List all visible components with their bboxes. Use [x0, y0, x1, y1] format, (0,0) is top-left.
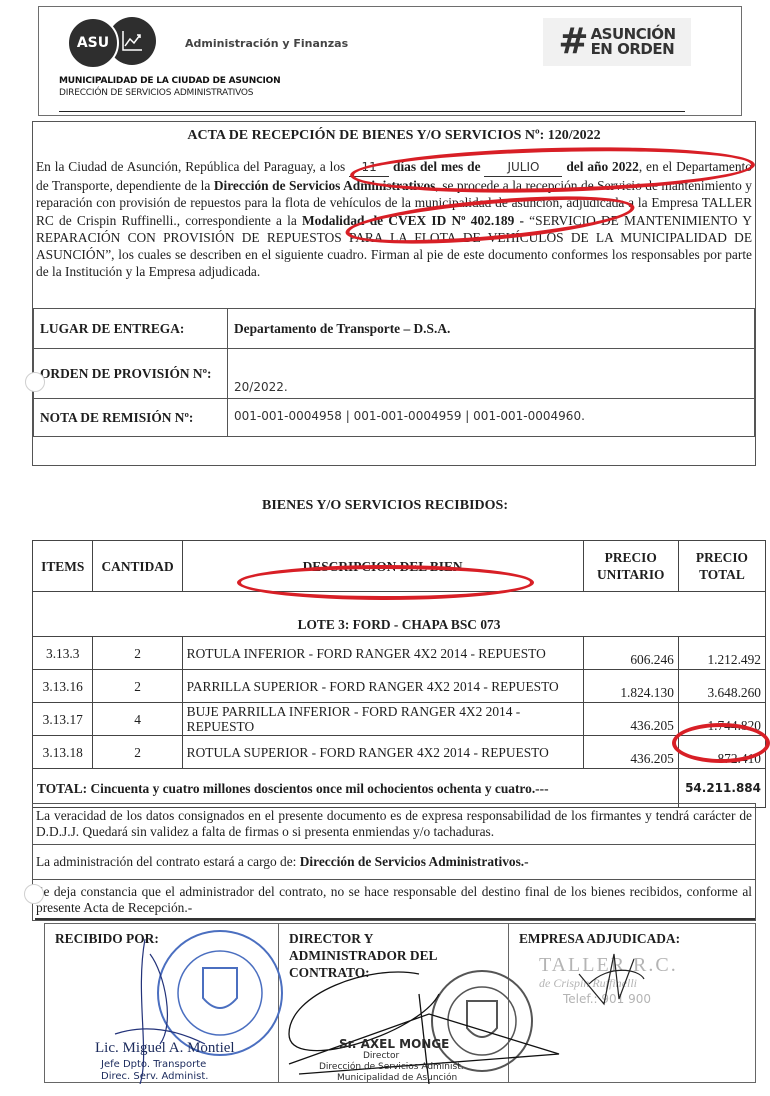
- month-field: JULIO: [484, 159, 562, 177]
- delivery-info-table: LUGAR DE ENTREGA: Departamento de Transp…: [33, 308, 755, 437]
- day-field: 11: [349, 159, 389, 177]
- item-unit-price: 436.205: [583, 703, 678, 736]
- intro-text: En la Ciudad de Asunción, República del …: [36, 159, 345, 174]
- item-description: ROTULA INFERIOR - FORD RANGER 4X2 2014 -…: [182, 637, 583, 670]
- recibido-role-2: Direc. Serv. Administ.: [101, 1071, 208, 1082]
- header-items: ITEMS: [33, 541, 93, 592]
- empresa-signature-icon: [549, 944, 669, 1014]
- header-precio-total: PRECIO TOTAL: [678, 541, 765, 592]
- recibido-name: Lic. Miguel A. Montiel: [95, 1040, 235, 1057]
- table-row: 3.13.182ROTULA SUPERIOR - FORD RANGER 4X…: [33, 736, 766, 769]
- hashtag-icon: #: [558, 24, 588, 60]
- items-table: ITEMS CANTIDAD DESCRIPCION DEL BIEN PREC…: [32, 540, 766, 808]
- direccion-text: Dirección de Servicios Administrativos: [214, 178, 436, 193]
- director-name: Sr. AXEL MONGE: [339, 1037, 449, 1051]
- modalidad-text: Modalidad de CVEX ID Nº 402.189 -: [302, 213, 524, 228]
- header-descripcion: DESCRIPCION DEL BIEN: [182, 541, 583, 592]
- directorate-name: DIRECCIÓN DE SERVICIOS ADMINISTRATIVOS: [59, 88, 253, 98]
- item-description: BUJE PARRILLA INFERIOR - FORD RANGER 4X2…: [182, 703, 583, 736]
- info-row-lugar: LUGAR DE ENTREGA: Departamento de Transp…: [34, 309, 755, 349]
- item-description: ROTULA SUPERIOR - FORD RANGER 4X2 2014 -…: [182, 736, 583, 769]
- note-constancia: Se deja constancia que el administrador …: [33, 880, 756, 921]
- note-veracidad: La veracidad de los datos consignados en…: [33, 804, 756, 845]
- total-label: TOTAL: Cincuenta y cuatro millones dosci…: [33, 769, 679, 808]
- note-constancia-row: Se deja constancia que el administrador …: [33, 880, 756, 921]
- item-description: PARRILLA SUPERIOR - FORD RANGER 4X2 2014…: [182, 670, 583, 703]
- table-row: 3.13.162PARRILLA SUPERIOR - FORD RANGER …: [33, 670, 766, 703]
- item-total-price: 1.212.492: [678, 637, 765, 670]
- table-row: 3.13.174BUJE PARRILLA INFERIOR - FORD RA…: [33, 703, 766, 736]
- municipality-name: MUNICIPALIDAD DE LA CIUDAD DE ASUNCION: [59, 76, 280, 86]
- administracion-text: La administración del contrato estará a …: [36, 854, 296, 869]
- department-name: Administración y Finanzas: [185, 37, 348, 50]
- item-total-price: 1.744.820: [678, 703, 765, 736]
- table-row: 3.13.32ROTULA INFERIOR - FORD RANGER 4X2…: [33, 637, 766, 670]
- item-code: 3.13.3: [33, 637, 93, 670]
- item-total-price: 872.410: [678, 736, 765, 769]
- total-value: 54.211.884: [678, 769, 765, 808]
- asu-logo: ASU: [67, 17, 119, 69]
- info-row-nota: NOTA DE REMISIÓN Nº: 001-001-0004958 | 0…: [34, 399, 755, 437]
- item-quantity: 2: [93, 637, 182, 670]
- note-administracion-row: La administración del contrato estará a …: [33, 845, 756, 880]
- director-direccion: Dirección de Servicios Administ.: [319, 1062, 464, 1072]
- item-total-price: 3.648.260: [678, 670, 765, 703]
- header-cantidad: CANTIDAD: [93, 541, 182, 592]
- asuncion-en-orden-logo: # ASUNCIÓNEN ORDEN: [543, 18, 691, 66]
- logo-abbrev: ASU: [77, 35, 109, 51]
- item-code: 3.13.17: [33, 703, 93, 736]
- recibido-role-1: Jefe Dpto. Transporte: [101, 1059, 206, 1070]
- items-section-title: BIENES Y/O SERVICIOS RECIBIDOS:: [0, 498, 770, 514]
- note-veracidad-row: La veracidad de los datos consignados en…: [33, 804, 756, 845]
- lugar-label: LUGAR DE ENTREGA:: [34, 309, 228, 349]
- brand-text: ASUNCIÓNEN ORDEN: [591, 27, 676, 57]
- brand-line-2: EN ORDEN: [591, 40, 675, 58]
- letterhead: ASU Administración y Finanzas MUNICIPALI…: [38, 6, 742, 116]
- acta-title: ACTA DE RECEPCIÓN DE BIENES Y/O SERVICIO…: [33, 128, 755, 144]
- signature-director: DIRECTOR Y ADMINISTRADOR DEL CONTRATO: S…: [279, 924, 509, 1082]
- total-row: TOTAL: Cincuenta y cuatro millones dosci…: [33, 769, 766, 808]
- item-code: 3.13.16: [33, 670, 93, 703]
- punch-hole: [24, 884, 44, 904]
- acta-section: ACTA DE RECEPCIÓN DE BIENES Y/O SERVICIO…: [32, 121, 756, 466]
- nota-value: 001-001-0004958 | 001-001-0004959 | 001-…: [228, 399, 755, 437]
- header-precio-unitario: PRECIO UNITARIO: [583, 541, 678, 592]
- item-quantity: 4: [93, 703, 182, 736]
- item-unit-price: 436.205: [583, 736, 678, 769]
- lote-label: LOTE 3: FORD - CHAPA BSC 073: [33, 592, 766, 637]
- item-unit-price: 606.246: [583, 637, 678, 670]
- year-text: del año 2022: [566, 159, 639, 174]
- director-municipalidad: Municipalidad de Asunción: [337, 1073, 457, 1083]
- director-role: Director: [363, 1051, 399, 1061]
- item-unit-price: 1.824.130: [583, 670, 678, 703]
- items-header-row: ITEMS CANTIDAD DESCRIPCION DEL BIEN PREC…: [33, 541, 766, 592]
- note-administracion: La administración del contrato estará a …: [33, 845, 756, 880]
- acta-paragraph: En la Ciudad de Asunción, República del …: [36, 158, 752, 280]
- notes-table: La veracidad de los datos consignados en…: [32, 803, 756, 921]
- info-row-orden: ORDEN DE PROVISIÓN Nº: 20/2022.: [34, 349, 755, 399]
- punch-hole: [25, 372, 45, 392]
- item-quantity: 2: [93, 736, 182, 769]
- administracion-bold: Dirección de Servicios Administrativos.-: [300, 854, 529, 869]
- signature-divider: [35, 918, 755, 920]
- lote-row: LOTE 3: FORD - CHAPA BSC 073: [33, 592, 766, 637]
- header-divider: [59, 111, 685, 112]
- nota-label: NOTA DE REMISIÓN Nº:: [34, 399, 228, 437]
- signature-empresa: EMPRESA ADJUDICADA: TALLER R.C. de Crisp…: [509, 924, 755, 1082]
- lugar-value: Departamento de Transporte – D.S.A.: [228, 309, 755, 349]
- days-text: días del mes de: [393, 159, 481, 174]
- orden-value: 20/2022.: [228, 349, 755, 399]
- orden-label: ORDEN DE PROVISIÓN Nº:: [34, 349, 228, 399]
- item-quantity: 2: [93, 670, 182, 703]
- signature-block: RECIBIDO POR: Lic. Miguel A. Montiel Jef…: [44, 923, 756, 1083]
- signature-recibido: RECIBIDO POR: Lic. Miguel A. Montiel Jef…: [45, 924, 279, 1082]
- item-code: 3.13.18: [33, 736, 93, 769]
